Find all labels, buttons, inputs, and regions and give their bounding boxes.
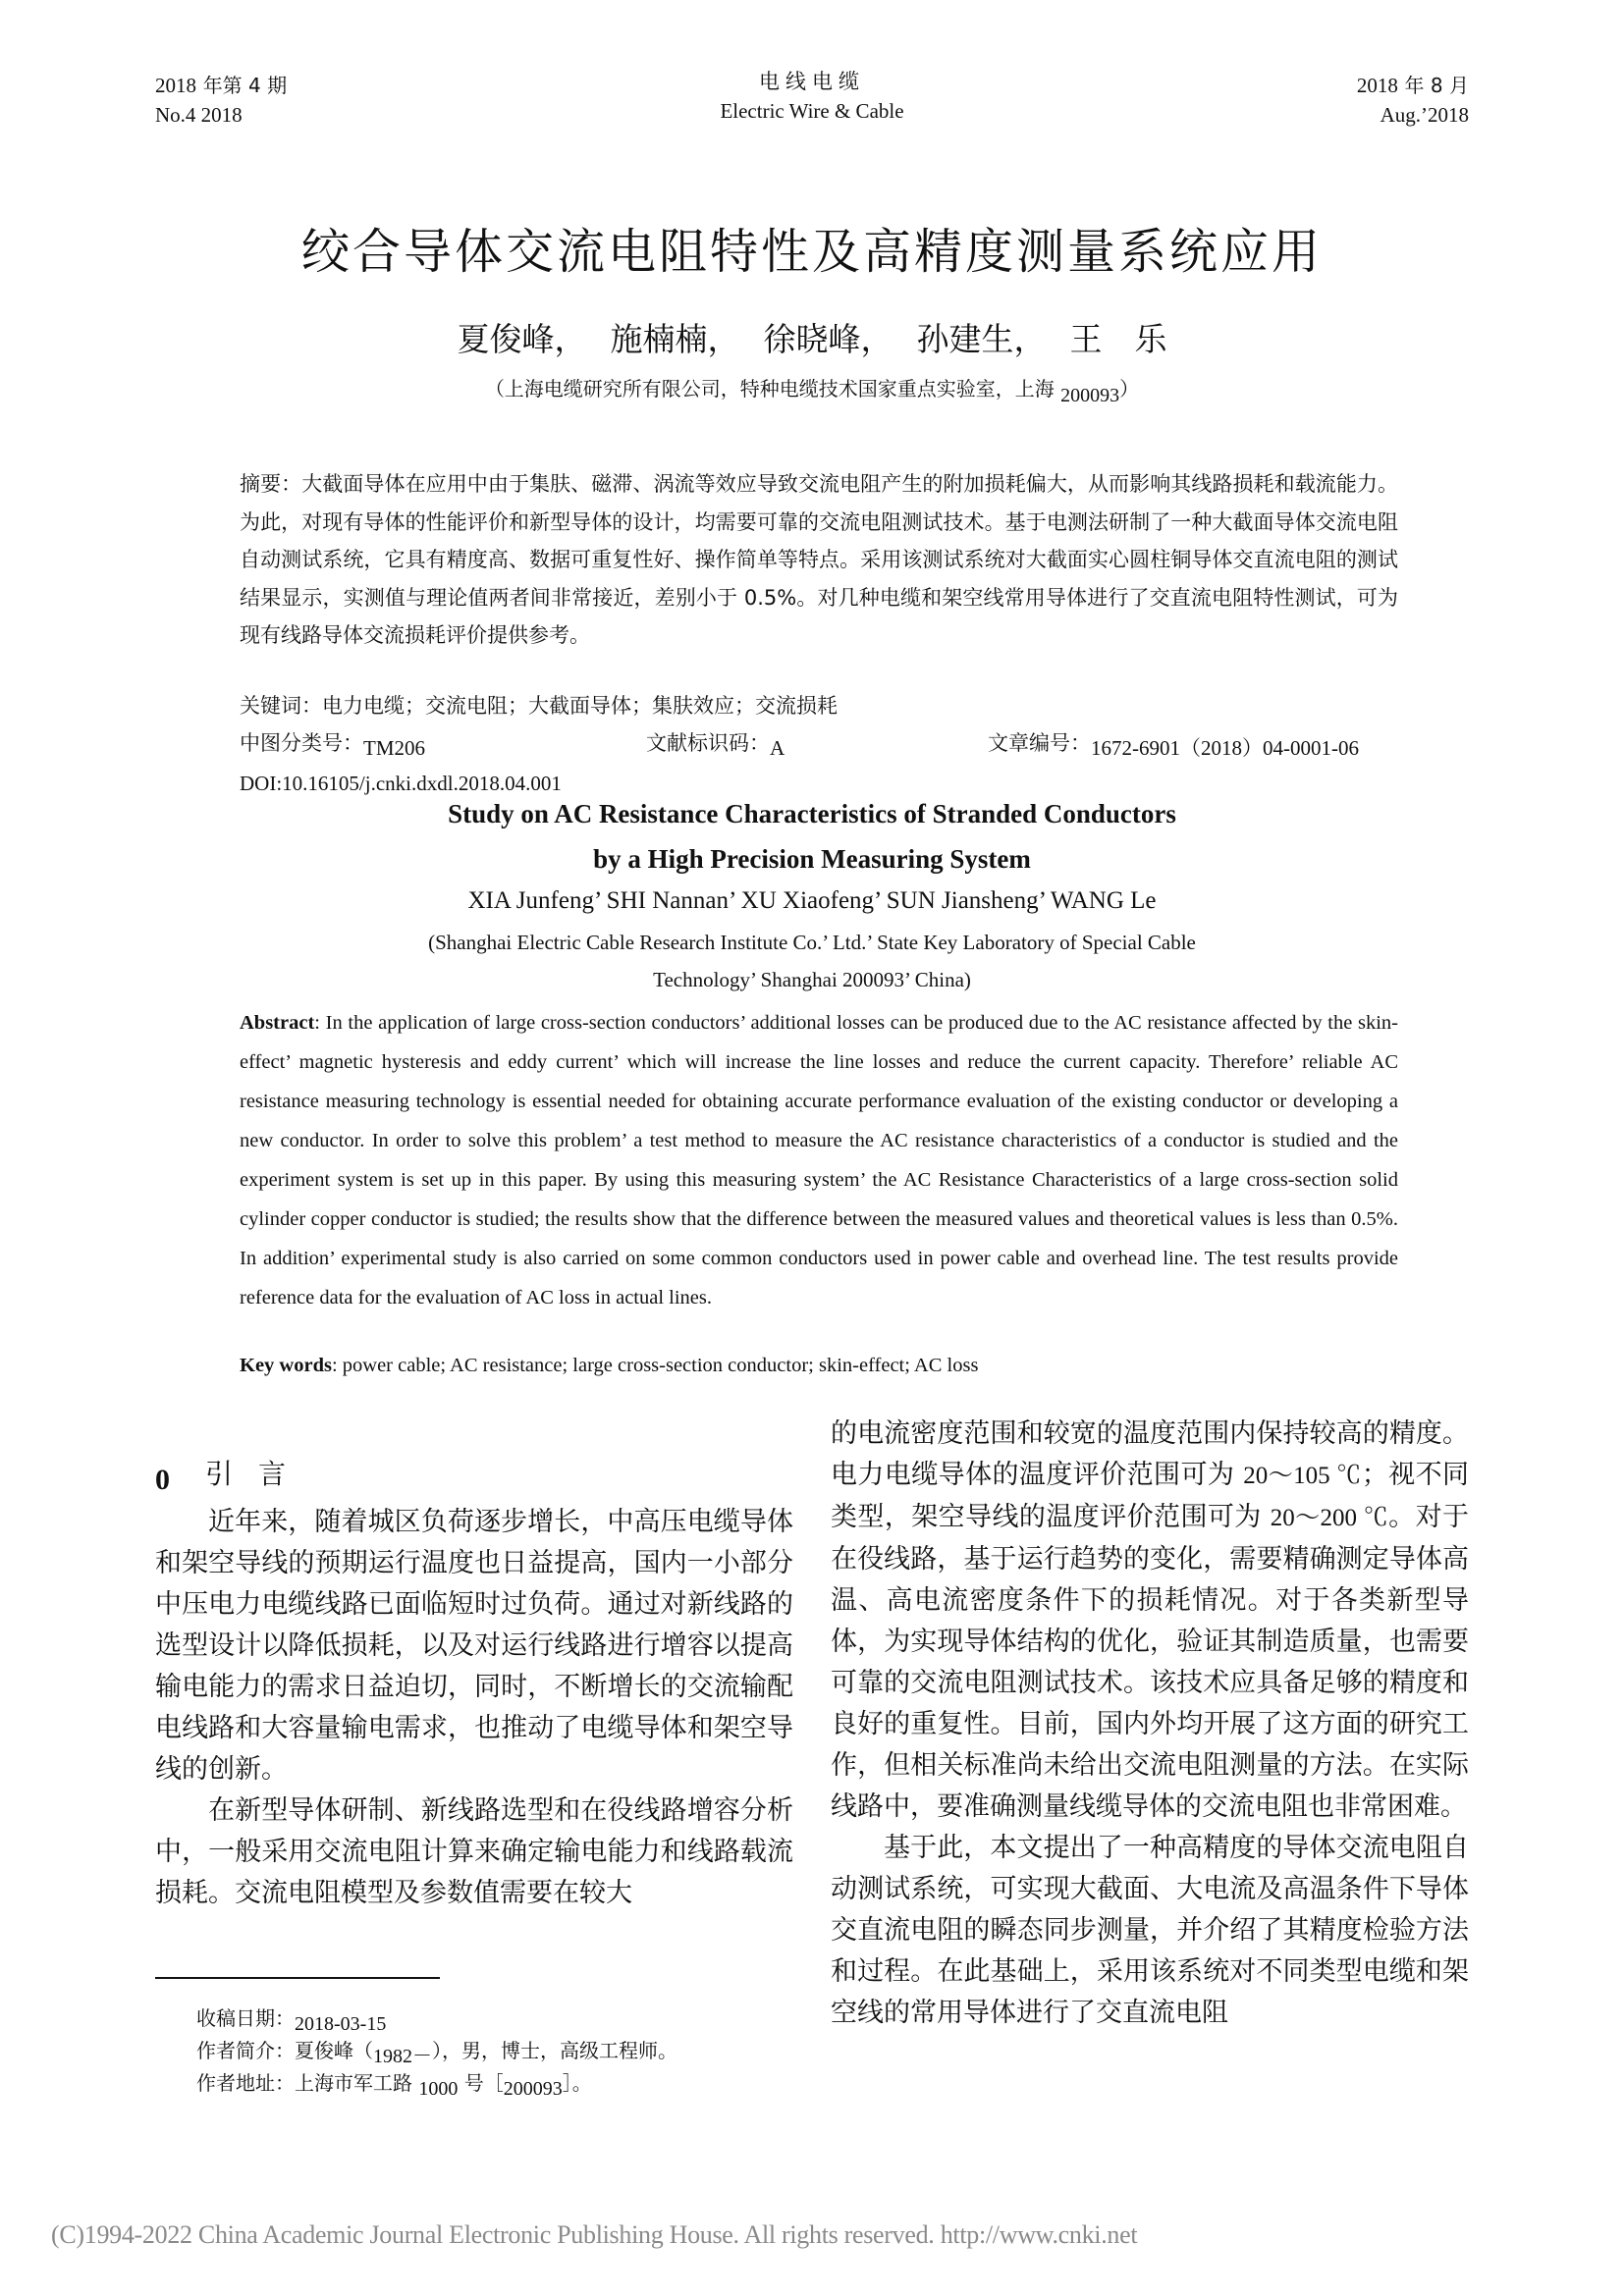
affiliation-cn-postcode: 200093 (1060, 385, 1119, 406)
temperature-range: 20～200 ℃ (1271, 1505, 1388, 1531)
doc-code-value: A (770, 736, 785, 760)
author-list-en: XIA Junfeng’ SHI Nannan’ XU Xiaofeng’ SU… (0, 887, 1624, 915)
clc-value: TM206 (363, 736, 425, 760)
paragraph: 的电流密度范围和较宽的温度范围内保持较高的精度。电力电缆导体的温度评价范围可为 … (831, 1414, 1469, 1828)
clc-field: 中图分类号：TM206 (240, 728, 425, 758)
header-month-cn: 年 8 月 (1405, 74, 1469, 97)
author-cn: 徐晓峰， (764, 320, 893, 358)
article-no-field: 文章编号：1672-6901（2018）04-0001-06 (988, 728, 1359, 758)
bio-name: 夏俊峰（ (295, 2039, 373, 2062)
paragraph: 基于此，本文提出了一种高精度的导体交流电阻自动测试系统，可实现大截面、大电流及高… (831, 1828, 1469, 2034)
header-date-en: Aug.’2018 (1357, 100, 1469, 130)
author-cn: 孙建生， (917, 320, 1047, 358)
received-value: 2018-03-15 (295, 2013, 386, 2035)
address-postcode: 200093 (504, 2078, 563, 2100)
author-address: 作者地址：上海市军工路 1000 号［200093］。 (196, 2067, 677, 2100)
affiliation-en-line1: (Shanghai Electric Cable Research Instit… (0, 931, 1624, 955)
section-number: 0 (155, 1464, 170, 1496)
header-year-right: 2018 (1357, 74, 1398, 97)
abstract-en: Abstract: In the application of large cr… (240, 1003, 1398, 1317)
received-label: 收稿日期： (196, 2006, 295, 2030)
keywords-en: Key words: power cable; AC resistance; l… (240, 1355, 1398, 1377)
section-heading: 0引言 (155, 1453, 311, 1492)
paragraph: 在新型导体研制、新线路选型和在役线路增容分析中，一般采用交流电阻计算来确定输电能… (155, 1790, 793, 1914)
running-header-right: 2018 年 8 月 Aug.’2018 (1357, 71, 1469, 130)
keywords-cn-label: 关键词： (240, 694, 322, 718)
affiliation-cn-text: （上海电缆研究所有限公司，特种电缆技术国家重点实验室，上海 (485, 377, 1060, 400)
affiliation-en-line2: Technology’ Shanghai 200093’ China) (0, 968, 1624, 992)
copyright-notice: (C)1994-2022 China Academic Journal Elec… (51, 2220, 1137, 2250)
abstract-cn-text: 大截面导体在应用中由于集肤、磁滞、涡流等效应导致交流电阻产生的附加损耗偏大，从而… (240, 472, 1398, 647)
address-mid: 号［ (458, 2071, 503, 2095)
body-column-right: 的电流密度范围和较宽的温度范围内保持较高的精度。电力电缆导体的温度评价范围可为 … (831, 1414, 1469, 2034)
paragraph: 近年来，随着城区负荷逐步增长，中高压电缆导体和架空导线的预期运行温度也日益提高，… (155, 1502, 793, 1790)
bio-year: 1982－ (373, 2046, 432, 2067)
bio-rest: ），男，博士，高级工程师。 (432, 2039, 677, 2062)
footnotes: 收稿日期：2018-03-15 作者简介：夏俊峰（1982－），男，博士，高级工… (196, 2002, 677, 2100)
address-number: 1000 (418, 2078, 458, 2100)
abstract-cn: 摘要：大截面导体在应用中由于集肤、磁滞、涡流等效应导致交流电阻产生的附加损耗偏大… (240, 465, 1398, 655)
author-cn: 王 乐 (1070, 320, 1167, 358)
keywords-en-label: Key words (240, 1355, 332, 1376)
author-cn: 夏俊峰， (458, 320, 587, 358)
affiliation-cn: （上海电缆研究所有限公司，特种电缆技术国家重点实验室，上海 200093） (0, 373, 1624, 401)
paper-title-en-line1: Study on AC Resistance Characteristics o… (0, 799, 1624, 829)
paragraph-text: 。对于在役线路，基于运行趋势的变化，需要精确测定导体高温、高电流密度条件下的损耗… (831, 1502, 1469, 1822)
footnote-divider (155, 1977, 440, 1979)
abstract-en-label: Abstract (240, 1012, 314, 1034)
article-no-label: 文章编号： (988, 731, 1091, 755)
doc-code-field: 文献标识码：A (646, 728, 785, 758)
section-title: 引言 (205, 1458, 311, 1490)
body-column-left: 近年来，随着城区负荷逐步增长，中高压电缆导体和架空导线的预期运行温度也日益提高，… (155, 1502, 793, 1914)
clc-label: 中图分类号： (240, 731, 363, 755)
temperature-range: 20～105 ℃ (1243, 1463, 1361, 1489)
address-end: ］。 (563, 2071, 592, 2095)
keywords-cn: 关键词：电力电缆；交流电阻；大截面导体；集肤效应；交流损耗 (240, 691, 1398, 721)
received-date: 收稿日期：2018-03-15 (196, 2002, 677, 2035)
abstract-cn-label: 摘要： (240, 472, 301, 496)
abstract-en-text: : In the application of large cross-sect… (240, 1012, 1398, 1308)
bio-label: 作者简介： (196, 2039, 295, 2062)
address-label: 作者地址： (196, 2071, 295, 2095)
paper-title-en-line2: by a High Precision Measuring System (0, 844, 1624, 875)
doc-code-label: 文献标识码： (646, 731, 770, 755)
author-cn: 施楠楠， (611, 320, 740, 358)
author-list-cn: 夏俊峰，施楠楠，徐晓峰，孙建生，王 乐 (0, 314, 1624, 360)
article-no-value: 1672-6901（2018）04-0001-06 (1091, 736, 1359, 760)
affiliation-cn-close: ） (1119, 377, 1139, 400)
doi: DOI:10.16105/j.cnki.dxdl.2018.04.001 (240, 772, 562, 796)
keywords-en-text: : power cable; AC resistance; large cros… (332, 1355, 978, 1376)
address-text: 上海市军工路 (295, 2071, 418, 2095)
author-bio: 作者简介：夏俊峰（1982－），男，博士，高级工程师。 (196, 2035, 677, 2067)
paper-title-cn: 绞合导体交流电阻特性及高精度测量系统应用 (0, 214, 1624, 283)
keywords-cn-text: 电力电缆；交流电阻；大截面导体；集肤效应；交流损耗 (322, 694, 838, 718)
